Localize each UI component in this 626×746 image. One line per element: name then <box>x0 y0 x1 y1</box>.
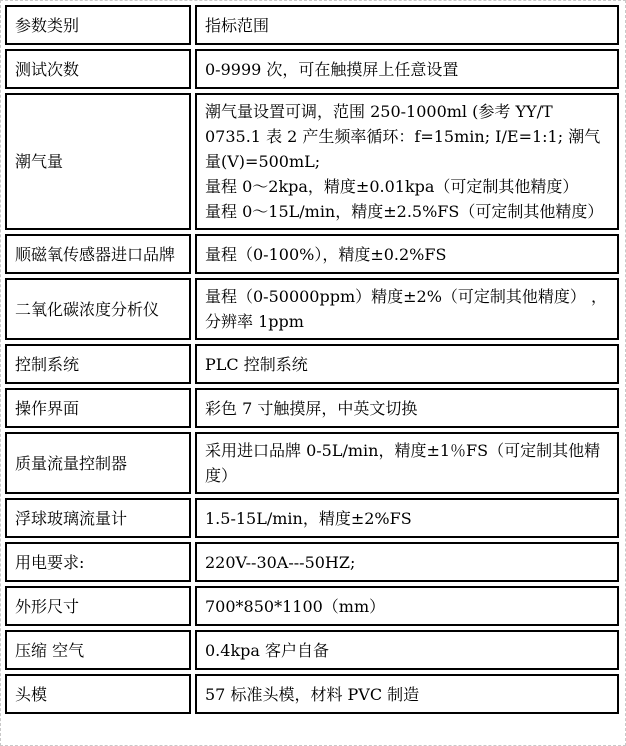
table-row-power-requirement: 用电要求: 220V--30A---50HZ; <box>5 542 619 582</box>
value-text: 57 标准头模，材料 PVC 制造 <box>205 682 609 707</box>
param-label: 潮气量 <box>15 149 181 174</box>
param-cell: 浮球玻璃流量计 <box>5 498 191 538</box>
param-label: 测试次数 <box>15 57 181 82</box>
value-cell: 0.4kpa 客户自备 <box>195 630 619 670</box>
spec-table: 参数类别 指标范围 测试次数 0-9999 次，可在触摸屏上任意设置 潮气量 <box>1 1 623 718</box>
param-label: 顺磁氧传感器进口品牌 <box>15 242 181 267</box>
value-text: 潮气量设置可调，范围 250-1000ml (参考 YY/T 0735.1 表 … <box>205 99 609 174</box>
table-row-oxygen-sensor: 顺磁氧传感器进口品牌 量程（0-100%），精度±0.2%FS <box>5 234 619 274</box>
table-row-mass-flow-controller: 质量流量控制器 采用进口品牌 0-5L/min，精度±1％FS（可定制其他精度） <box>5 432 619 494</box>
param-label: 浮球玻璃流量计 <box>15 506 181 531</box>
value-cell: 潮气量设置可调，范围 250-1000ml (参考 YY/T 0735.1 表 … <box>195 93 619 230</box>
value-cell: 采用进口品牌 0-5L/min，精度±1％FS（可定制其他精度） <box>195 432 619 494</box>
param-label: 质量流量控制器 <box>15 451 181 476</box>
param-cell: 二氧化碳浓度分析仪 <box>5 278 191 340</box>
param-label: 用电要求: <box>15 550 181 575</box>
value-text: 700*850*1100（mm） <box>205 594 609 619</box>
value-text: 采用进口品牌 0-5L/min，精度±1％FS（可定制其他精度） <box>205 438 609 488</box>
param-cell: 外形尺寸 <box>5 586 191 626</box>
param-label: 压缩 空气 <box>15 638 181 663</box>
header-param-label: 参数类别 <box>15 13 181 38</box>
value-cell: 1.5-15L/min，精度±2%FS <box>195 498 619 538</box>
value-cell: 量程（0-50000ppm）精度±2%（可定制其他精度） ，分辨率 1ppm <box>195 278 619 340</box>
table-row-tidal-volume: 潮气量 潮气量设置可调，范围 250-1000ml (参考 YY/T 0735.… <box>5 93 619 230</box>
table-row-head-mold: 头模 57 标准头模，材料 PVC 制造 <box>5 674 619 714</box>
table-row-dimensions: 外形尺寸 700*850*1100（mm） <box>5 586 619 626</box>
document-page: 参数类别 指标范围 测试次数 0-9999 次，可在触摸屏上任意设置 潮气量 <box>0 0 626 746</box>
table-row-test-count: 测试次数 0-9999 次，可在触摸屏上任意设置 <box>5 49 619 89</box>
param-label: 头模 <box>15 682 181 707</box>
table-header-row: 参数类别 指标范围 <box>5 5 619 45</box>
value-text: 量程 0～2kpa，精度±0.01kpa（可定制其他精度） <box>205 174 609 199</box>
value-text: 0-9999 次，可在触摸屏上任意设置 <box>205 57 609 82</box>
value-text: 1.5-15L/min，精度±2%FS <box>205 506 609 531</box>
value-text: 量程 0～15L/min，精度±2.5%FS（可定制其他精度） <box>205 199 609 224</box>
param-cell: 测试次数 <box>5 49 191 89</box>
table-row-control-system: 控制系统 PLC 控制系统 <box>5 344 619 384</box>
header-cell-value: 指标范围 <box>195 5 619 45</box>
header-cell-param: 参数类别 <box>5 5 191 45</box>
value-text: 0.4kpa 客户自备 <box>205 638 609 663</box>
value-text: 量程（0-50000ppm）精度±2%（可定制其他精度） ，分辨率 1ppm <box>205 284 609 334</box>
param-label: 控制系统 <box>15 352 181 377</box>
value-text: 彩色 7 寸触摸屏，中英文切换 <box>205 396 609 421</box>
param-label: 操作界面 <box>15 396 181 421</box>
value-text: PLC 控制系统 <box>205 352 609 377</box>
param-cell: 压缩 空气 <box>5 630 191 670</box>
value-cell: 彩色 7 寸触摸屏，中英文切换 <box>195 388 619 428</box>
param-cell: 头模 <box>5 674 191 714</box>
table-row-compressed-air: 压缩 空气 0.4kpa 客户自备 <box>5 630 619 670</box>
param-label: 外形尺寸 <box>15 594 181 619</box>
param-cell: 顺磁氧传感器进口品牌 <box>5 234 191 274</box>
header-value-label: 指标范围 <box>205 13 609 38</box>
param-cell: 控制系统 <box>5 344 191 384</box>
value-text: 220V--30A---50HZ; <box>205 550 609 575</box>
value-text: 量程（0-100%），精度±0.2%FS <box>205 242 609 267</box>
param-label: 二氧化碳浓度分析仪 <box>15 297 181 322</box>
value-cell: 220V--30A---50HZ; <box>195 542 619 582</box>
table-row-float-glass-flowmeter: 浮球玻璃流量计 1.5-15L/min，精度±2%FS <box>5 498 619 538</box>
param-cell: 操作界面 <box>5 388 191 428</box>
value-cell: 0-9999 次，可在触摸屏上任意设置 <box>195 49 619 89</box>
param-cell: 质量流量控制器 <box>5 432 191 494</box>
value-cell: 700*850*1100（mm） <box>195 586 619 626</box>
param-cell: 用电要求: <box>5 542 191 582</box>
value-cell: 量程（0-100%），精度±0.2%FS <box>195 234 619 274</box>
param-cell: 潮气量 <box>5 93 191 230</box>
value-cell: 57 标准头模，材料 PVC 制造 <box>195 674 619 714</box>
table-row-co2-analyzer: 二氧化碳浓度分析仪 量程（0-50000ppm）精度±2%（可定制其他精度） ，… <box>5 278 619 340</box>
value-cell: PLC 控制系统 <box>195 344 619 384</box>
table-row-operation-interface: 操作界面 彩色 7 寸触摸屏，中英文切换 <box>5 388 619 428</box>
